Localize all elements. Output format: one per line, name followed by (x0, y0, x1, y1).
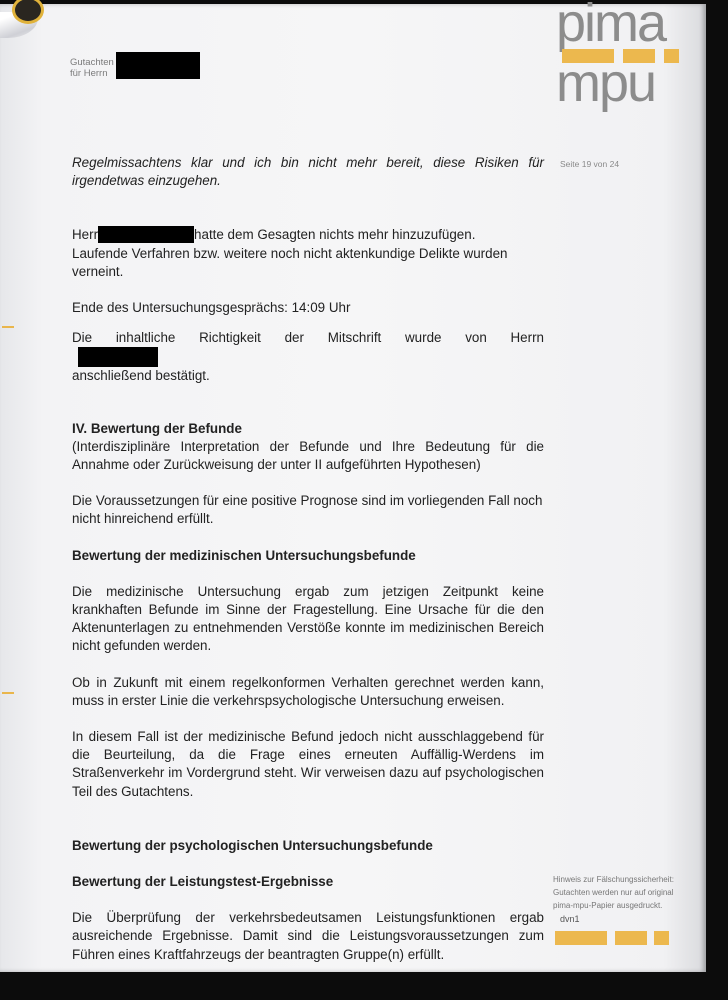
medical-heading: Bewertung der medizinischen Untersuchung… (72, 547, 544, 565)
medical-paragraph-2: Ob in Zukunft mit einem regelkonformen V… (72, 674, 544, 710)
notice-line-1: Hinweis zur Fälschungssicherheit: (553, 873, 674, 886)
header-recipient-label: für Herrn (70, 68, 107, 79)
confirmation-suffix: anschließend bestätigt. (72, 368, 210, 383)
confirmation-paragraph: Die inhaltliche Richtigkeit der Mitschri… (72, 329, 544, 385)
statement-paragraph: Herrhatte dem Gesagten nichts mehr hinzu… (72, 226, 544, 244)
document-header: Gutachten für Herrn (70, 57, 114, 79)
medical-paragraph-3: In diesem Fall ist der medizinische Befu… (72, 728, 544, 801)
logo-bar (664, 49, 679, 63)
page-number: Seite 19 von 24 (560, 159, 619, 169)
redaction-box (116, 52, 200, 79)
header-line-1: Gutachten (70, 57, 114, 68)
proceedings-paragraph: Laufende Verfahren bzw. weitere noch nic… (72, 245, 544, 281)
redaction-box (98, 226, 194, 243)
header-line-2: für Herrn (70, 68, 114, 79)
section-title: IV. Bewertung der Befunde (72, 420, 544, 438)
quote-paragraph: Regelmissachtens klar und ich bin nicht … (72, 154, 544, 190)
medical-paragraph-1: Die medizinische Untersuchung ergab zum … (72, 583, 544, 656)
footer-bars (555, 931, 675, 945)
document-page: Gutachten für Herrn pima mpu Seite 19 vo… (0, 4, 706, 972)
section-subtitle: (Interdisziplinäre Interpretation der Be… (72, 438, 544, 474)
notice-line-2: Gutachten werden nur auf original (553, 886, 674, 899)
footer-bar (654, 931, 669, 945)
psychological-heading: Bewertung der psychologischen Untersuchu… (72, 837, 544, 855)
footer-bar (615, 931, 647, 945)
prognosis-paragraph: Die Voraussetzungen für eine positive Pr… (72, 492, 544, 528)
notice-line-3: pima-mpu-Papier ausgedruckt. (553, 899, 674, 912)
forgery-notice: Hinweis zur Fälschungssicherheit: Gutach… (553, 873, 674, 912)
end-time-paragraph: Ende des Untersuchungsgesprächs: 14:09 U… (72, 299, 544, 317)
document-body: Regelmissachtens klar und ich bin nicht … (72, 154, 544, 964)
margin-fold-mark (2, 692, 14, 694)
header-gutachten-label: Gutachten (70, 57, 114, 68)
logo-word-pima: pima (556, 0, 665, 50)
footer-bar (555, 931, 607, 945)
statement-suffix: hatte dem Gesagten nichts mehr hinzuzufü… (194, 227, 475, 242)
confirmation-prefix: Die inhaltliche Richtigkeit der Mitschri… (72, 330, 544, 345)
notice-code: dvn1 (560, 914, 580, 924)
statement-prefix: Herr (72, 227, 98, 242)
margin-fold-mark (2, 326, 14, 328)
redaction-box (78, 347, 158, 367)
performance-heading: Bewertung der Leistungstest-Ergebnisse (72, 873, 544, 891)
punch-hole-icon (12, 0, 44, 24)
performance-paragraph: Die Überprüfung der verkehrsbedeutsamen … (72, 909, 544, 964)
logo-word-mpu: mpu (556, 56, 655, 110)
